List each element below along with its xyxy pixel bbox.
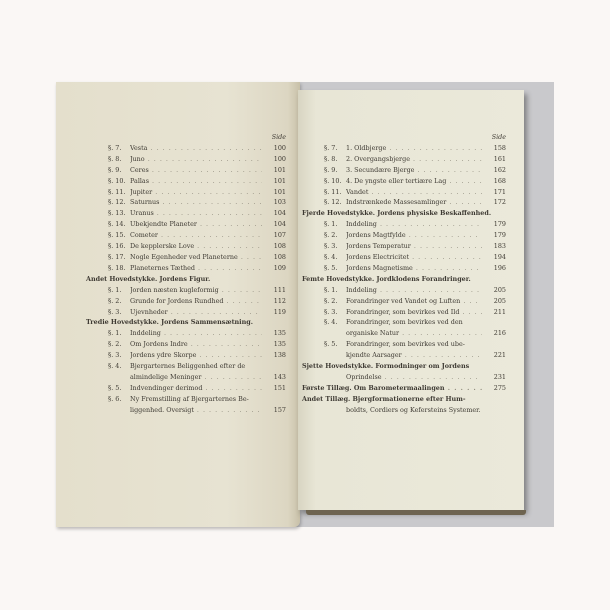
appendix-heading: Andet Tillæg. Bjergformationerne efter H…	[302, 394, 516, 405]
toc-entry: §. 14.Ubekjendte Planeter104	[108, 219, 296, 230]
toc-entry: §. 3.Ujevnheder119	[108, 307, 296, 318]
toc-entry: §. 18.Planeternes Tæthed109	[108, 263, 296, 274]
toc-entry: §. 17.Nogle Egenheder ved Planeterne108	[108, 252, 296, 263]
chapter-heading: Fjerde Hovedstykke. Jordens physiske Bes…	[302, 208, 516, 219]
toc-entry: §. 2.Jordens Magtfylde179	[324, 230, 516, 241]
appendix-entry: Første Tillæg. Om Barometermaalingen275	[302, 383, 516, 394]
toc-entry: §. 3.Jordens ydre Skorpe138	[108, 350, 296, 361]
toc-entry: §. 6.Ny Fremstilling af Bjergarternes Be…	[108, 394, 296, 405]
toc-entry: §. 16.De kepplerske Love108	[108, 241, 296, 252]
toc-entry: §. 3.Jordens Temperatur183	[324, 241, 516, 252]
toc-entry: §. 2.Forandringer ved Vandet og Luften20…	[324, 296, 516, 307]
toc-entry-continuation: organiske Natur216	[324, 328, 516, 339]
toc-entry: §. 1.Jorden næsten kugleformig111	[108, 285, 296, 296]
toc-entry: §. 4.Jordens Electricitet194	[324, 252, 516, 263]
toc-entry: §. 4.Forandringer, som bevirkes ved den	[324, 317, 516, 328]
toc-entry-continuation: almindelige Meninger143	[108, 372, 296, 383]
toc-entry-continuation: kjendte Aarsager221	[324, 350, 516, 361]
toc-entry: §. 1.Inddeling179	[324, 219, 516, 230]
toc-entry: §. 5.Indvendinger derimod151	[108, 383, 296, 394]
toc-entry: §. 7.1. Oldbjerge158	[324, 143, 516, 154]
chapter-heading: Andet Hovedstykke. Jordens Figur.	[86, 274, 296, 285]
toc-left: Side §. 7.Vesta100 §. 8.Juno100 §. 9.Cer…	[108, 132, 296, 416]
toc-entry: §. 2.Om Jordens Indre135	[108, 339, 296, 350]
chapter-heading: Sjette Hovedstykke. Formodninger om Jord…	[302, 361, 516, 372]
toc-right: Side §. 7.1. Oldbjerge158 §. 8.2. Overga…	[324, 132, 516, 416]
toc-entry: §. 2.Grunde for Jordens Rundhed112	[108, 296, 296, 307]
chapter-heading: Tredie Hovedstykke. Jordens Sammensætnin…	[86, 317, 296, 328]
toc-entry: §. 5.Forandringer, som bevirkes ved ube-	[324, 339, 516, 350]
toc-entry: §. 15.Cometer107	[108, 230, 296, 241]
toc-entry: §. 11.Vandet171	[324, 187, 516, 198]
toc-entry: §. 9.3. Secundære Bjerge162	[324, 165, 516, 176]
toc-entry: §. 1.Inddeling205	[324, 285, 516, 296]
column-header: Side	[324, 132, 516, 143]
left-page: Side §. 7.Vesta100 §. 8.Juno100 §. 9.Cer…	[56, 82, 300, 527]
toc-entry: §. 10.4. De yngste eller tertiære Lag168	[324, 176, 516, 187]
toc-entry: §. 12.Indstrænkede Massesamlinger172	[324, 197, 516, 208]
toc-entry: §. 1.Inddeling135	[108, 328, 296, 339]
column-header: Side	[108, 132, 296, 143]
toc-entry: §. 9.Ceres101	[108, 165, 296, 176]
toc-entry: §. 4.Bjergarternes Beliggenhed efter de	[108, 361, 296, 372]
toc-entry: §. 8.2. Overgangsbjerge161	[324, 154, 516, 165]
toc-entry-continuation: boldts, Cordiers og Kefersteins Systemer…	[324, 405, 516, 416]
toc-entry: §. 5.Jordens Magnetisme196	[324, 263, 516, 274]
toc-entry: §. 10.Pallas101	[108, 176, 296, 187]
toc-entry: §. 11.Jupiter101	[108, 187, 296, 198]
toc-entry-continuation: Oprindelse231	[324, 372, 516, 383]
toc-entry-continuation: liggenhed. Oversigt157	[108, 405, 296, 416]
toc-entry: §. 7.Vesta100	[108, 143, 296, 154]
toc-entry: §. 12.Saturnus103	[108, 197, 296, 208]
right-page: Side §. 7.1. Oldbjerge158 §. 8.2. Overga…	[298, 90, 524, 510]
toc-entry: §. 13.Uranus104	[108, 208, 296, 219]
chapter-heading: Femte Hovedstykke. Jordklodens Forandrin…	[302, 274, 516, 285]
toc-entry: §. 3.Forandringer, som bevirkes ved Ild2…	[324, 307, 516, 318]
toc-entry: §. 8.Juno100	[108, 154, 296, 165]
